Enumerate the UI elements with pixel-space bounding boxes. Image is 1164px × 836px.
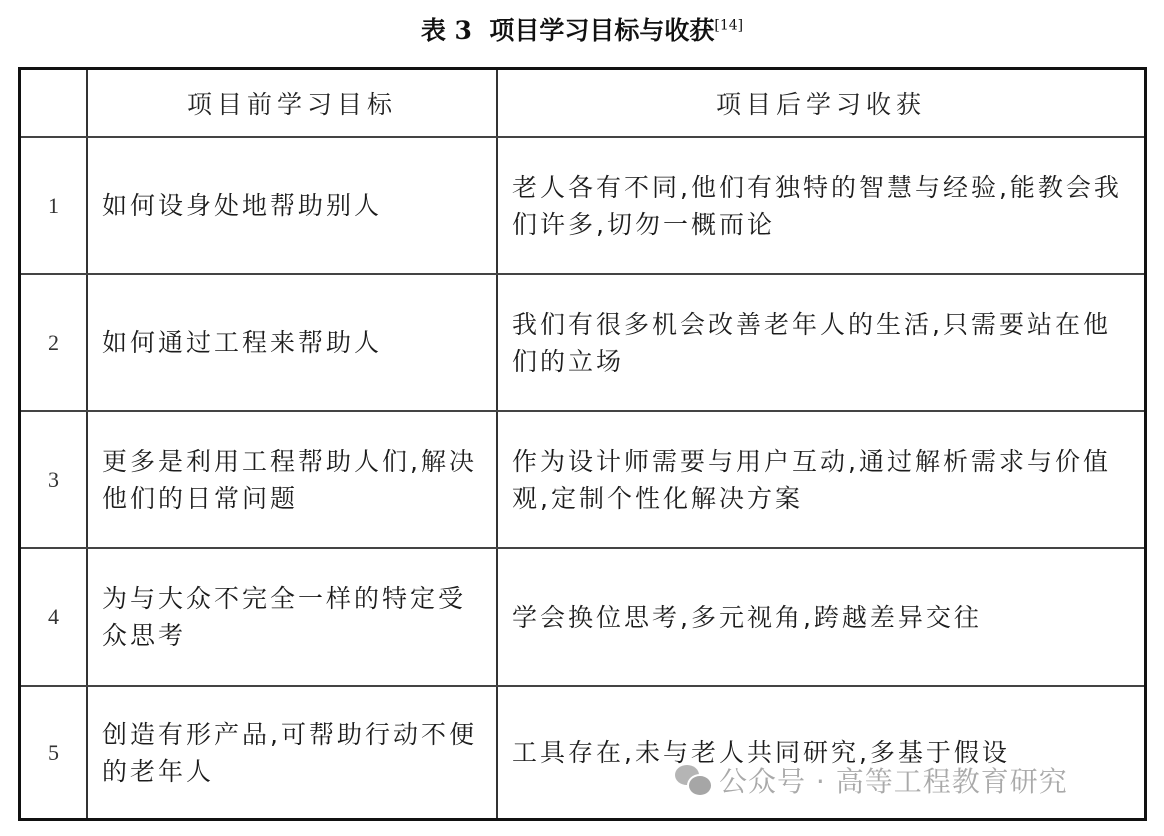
row-number: 4 (21, 549, 88, 685)
wechat-icon (675, 765, 711, 795)
goal-cell: 更多是利用工程帮助人们,解决他们的日常问题 (88, 412, 498, 547)
goal-text: 如何通过工程来帮助人 (102, 324, 382, 361)
table-row: 1 如何设身处地帮助别人 老人各有不同,他们有独特的智慧与经验,能教会我们许多,… (21, 138, 1144, 275)
goal-text: 更多是利用工程帮助人们,解决他们的日常问题 (102, 443, 488, 517)
goal-text: 创造有形产品,可帮助行动不便的老年人 (102, 716, 488, 790)
row-number: 1 (21, 138, 88, 273)
caption-title: 项目学习目标与收获 (489, 16, 714, 45)
table-caption: 表 3 项目学习目标与收获[14] (0, 14, 1164, 48)
gain-cell: 学会换位思考,多元视角,跨越差异交往 (498, 549, 1144, 685)
header-goal-label: 项目前学习目标 (187, 85, 397, 121)
row-number: 5 (21, 687, 88, 818)
goal-cell: 如何设身处地帮助别人 (88, 138, 498, 273)
learning-goals-table: 项目前学习目标 项目后学习收获 1 如何设身处地帮助别人 老人各有不同,他们有独… (18, 67, 1147, 821)
row-number: 2 (21, 275, 88, 410)
gain-text: 老人各有不同,他们有独特的智慧与经验,能教会我们许多,切勿一概而论 (512, 169, 1138, 243)
caption-reference: [14] (714, 18, 743, 34)
gain-cell: 作为设计师需要与用户互动,通过解析需求与价值观,定制个性化解决方案 (498, 412, 1144, 547)
header-goal-cell: 项目前学习目标 (88, 70, 498, 136)
goal-cell: 为与大众不完全一样的特定受众思考 (88, 549, 498, 685)
watermark: 公众号 · 高等工程教育研究 (675, 760, 1068, 800)
table-header-row: 项目前学习目标 项目后学习收获 (21, 70, 1144, 138)
goal-text: 为与大众不完全一样的特定受众思考 (102, 580, 488, 654)
header-gain-cell: 项目后学习收获 (498, 70, 1144, 136)
goal-cell: 创造有形产品,可帮助行动不便的老年人 (88, 687, 498, 818)
table-row: 3 更多是利用工程帮助人们,解决他们的日常问题 作为设计师需要与用户互动,通过解… (21, 412, 1144, 549)
goal-cell: 如何通过工程来帮助人 (88, 275, 498, 410)
header-num-cell (21, 70, 88, 136)
table-row: 4 为与大众不完全一样的特定受众思考 学会换位思考,多元视角,跨越差异交往 (21, 549, 1144, 687)
gain-text: 作为设计师需要与用户互动,通过解析需求与价值观,定制个性化解决方案 (512, 443, 1138, 517)
gain-cell: 我们有很多机会改善老年人的生活,只需要站在他们的立场 (498, 275, 1144, 410)
caption-prefix: 表 3 (421, 16, 472, 45)
gain-text: 我们有很多机会改善老年人的生活,只需要站在他们的立场 (512, 306, 1138, 380)
goal-text: 如何设身处地帮助别人 (102, 187, 382, 224)
watermark-text: 公众号 · 高等工程教育研究 (719, 760, 1068, 800)
row-number: 3 (21, 412, 88, 547)
gain-cell: 老人各有不同,他们有独特的智慧与经验,能教会我们许多,切勿一概而论 (498, 138, 1144, 273)
table-row: 2 如何通过工程来帮助人 我们有很多机会改善老年人的生活,只需要站在他们的立场 (21, 275, 1144, 412)
header-gain-label: 项目后学习收获 (716, 85, 926, 121)
gain-text: 学会换位思考,多元视角,跨越差异交往 (512, 599, 982, 636)
